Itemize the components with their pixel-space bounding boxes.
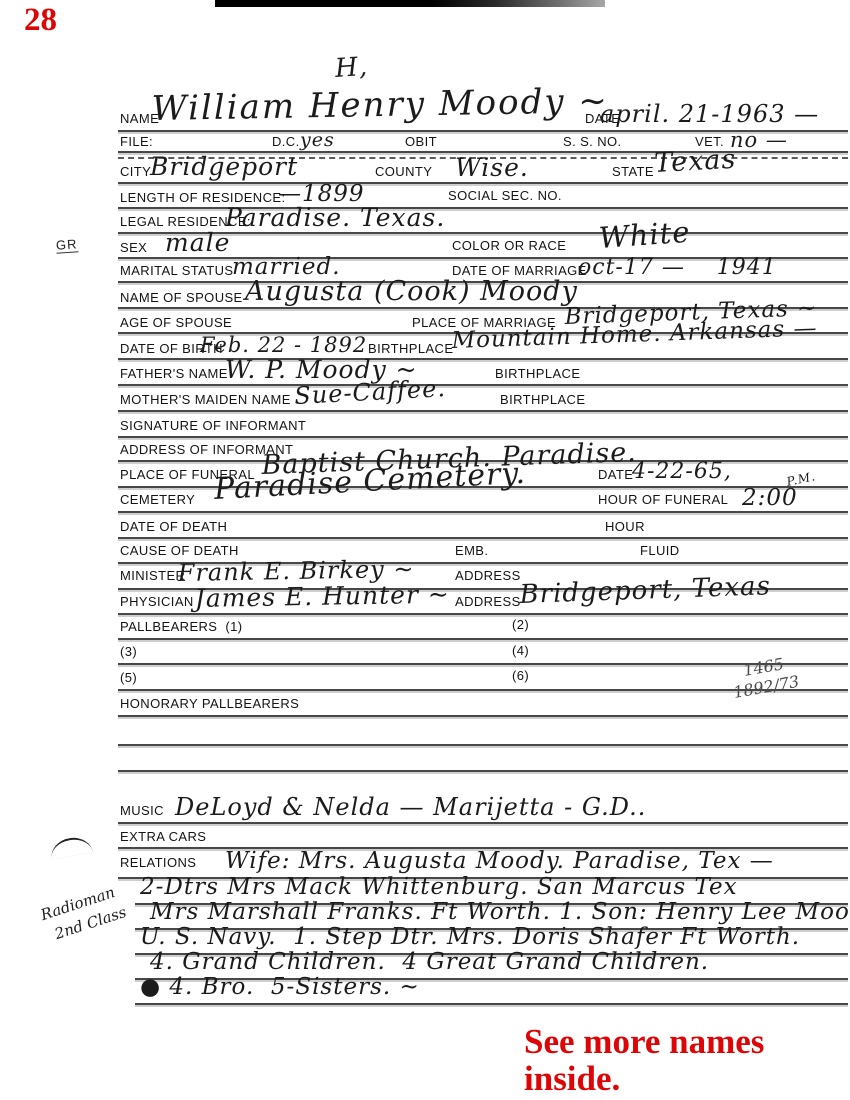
margin-note-gr: GR <box>55 236 78 253</box>
rule-line <box>118 537 848 539</box>
field-label-dc: D.C. <box>272 134 300 149</box>
field-value-funeral-date: 4-22-65, <box>632 461 732 483</box>
field-value-physician-address: Bridgeport, Texas <box>519 573 771 608</box>
field-value-dc: yes <box>300 131 335 150</box>
field-value-music: DeLoyd & Nelda — Marijetta - G.D.. <box>175 795 646 819</box>
field-value-state: Texas <box>654 146 737 177</box>
margin-pen-mark <box>49 835 93 859</box>
rule-line <box>135 1003 848 1005</box>
see-more-note-line2: inside. <box>524 1061 620 1096</box>
field-label-cemetery: CEMETERY <box>120 492 195 507</box>
field-label-county: COUNTY <box>375 164 432 179</box>
field-label-father: FATHER'S NAME <box>120 366 228 381</box>
rule-line <box>118 384 848 386</box>
field-label-birthplace-c: BIRTHPLACE <box>500 392 585 407</box>
field-value-legal-res: Paradise. Texas. <box>225 205 445 230</box>
relations-line: ● 4. Bro. 5-Sisters. ~ <box>140 976 420 999</box>
field-label-hour-funeral: HOUR OF FUNERAL <box>598 492 728 507</box>
field-label-emb: EMB. <box>455 543 488 558</box>
field-label-file: FILE: <box>120 134 153 149</box>
field-label-hour: HOUR <box>605 519 645 534</box>
field-label-relations: RELATIONS <box>120 855 196 870</box>
field-label-obit: OBIT <box>405 134 437 149</box>
field-label-pallbearers-3: (3) <box>120 644 137 659</box>
rule-line <box>118 663 848 665</box>
field-value-sex: male <box>165 230 230 255</box>
field-label-mother: MOTHER'S MAIDEN NAME <box>120 392 291 407</box>
field-value-cemetery: Paradise Cemetery. <box>213 459 526 505</box>
rule-line <box>118 770 848 772</box>
field-label-spouse-age: AGE OF SPOUSE <box>120 315 232 330</box>
field-value-mother: Sue-Caffee. <box>294 376 447 408</box>
field-label-pallbearers-5: (5) <box>120 670 137 685</box>
field-label-social-sec: SOCIAL SEC. NO. <box>448 188 562 203</box>
field-label-music: MUSIC <box>120 803 164 818</box>
rule-line <box>118 822 848 824</box>
field-label-address-b: ADDRESS <box>455 594 521 609</box>
field-label-pallbearers-6: (6) <box>512 668 529 683</box>
field-value-city: Bridgeport <box>150 154 298 179</box>
field-label-sig-informant: SIGNATURE OF INFORMANT <box>120 418 306 433</box>
field-value-spouse-name: Augusta (Cook) Moody <box>245 278 578 305</box>
field-label-cause: CAUSE OF DEATH <box>120 543 239 558</box>
field-label-birthplace-b: BIRTHPLACE <box>495 366 580 381</box>
field-label-marital: MARITAL STATUS <box>120 263 233 278</box>
field-value-date: april. 21-1963 — <box>600 102 819 126</box>
rule-line <box>118 715 848 717</box>
rule-line <box>118 744 848 746</box>
field-label-physician: PHYSICIAN <box>120 594 194 609</box>
field-label-pallbearers-4: (4) <box>512 643 529 658</box>
relations-line: Mrs Marshall Franks. Ft Worth. 1. Son: H… <box>150 901 850 924</box>
rule-line <box>118 613 848 615</box>
field-label-color-race: COLOR OR RACE <box>452 238 566 253</box>
field-label-sex: SEX <box>120 240 147 255</box>
relations-line: Wife: Mrs. Augusta Moody. Paradise, Tex … <box>225 850 774 873</box>
handwritten-h-annotation: H, <box>334 54 369 82</box>
rule-line <box>118 182 848 184</box>
field-label-pallbearers-1: PALLBEARERS (1) <box>120 619 242 634</box>
field-value-hour-funeral: 2:00 <box>742 487 798 510</box>
rule-line <box>118 511 848 513</box>
field-value-vet: no — <box>730 130 788 151</box>
field-label-pallbearers-2: (2) <box>512 617 529 632</box>
field-value-physician: James E. Hunter ~ <box>195 582 450 611</box>
field-label-honorary: HONORARY PALLBEARERS <box>120 696 299 711</box>
field-label-extra-cars: EXTRA CARS <box>120 829 206 844</box>
see-more-note-line1: See more names <box>524 1024 764 1059</box>
scanned-funeral-record: 28 H, NAME William Henry Moody ~ DATE ap… <box>0 0 850 1100</box>
field-label-spouse-name: NAME OF SPOUSE <box>120 290 243 305</box>
field-label-date-death: DATE OF DEATH <box>120 519 227 534</box>
field-label-city: CITY <box>120 164 151 179</box>
field-label-address-a: ADDRESS <box>455 568 521 583</box>
field-label-birthplace-a: BIRTHPLACE <box>368 341 453 356</box>
field-value-name: William Henry Moody ~ <box>151 84 609 126</box>
field-label-state: STATE <box>612 164 654 179</box>
rule-line <box>118 638 848 640</box>
field-value-color-race: White <box>598 218 691 253</box>
page-number: 28 <box>24 2 57 39</box>
scan-artifact-top-bar <box>215 0 605 7</box>
rule-line <box>118 410 848 412</box>
field-label-fluid: FLUID <box>640 543 680 558</box>
field-label-ssno: S. S. NO. <box>563 134 622 149</box>
relations-line: U. S. Navy. 1. Step Dtr. Mrs. Doris Shaf… <box>140 926 800 949</box>
rule-line <box>118 436 848 438</box>
relations-line: 2-Dtrs Mrs Mack Whittenburg. San Marcus … <box>140 876 738 899</box>
pencil-calc-bottom: 1892/73 <box>732 674 800 701</box>
relations-line: 4. Grand Children. 4 Great Grand Childre… <box>150 951 709 974</box>
field-value-county: Wise. <box>455 155 529 180</box>
field-label-minister: MINISTER <box>120 568 185 583</box>
field-label-funeral-date: DATE <box>598 467 633 482</box>
field-value-date-marriage: oct-17 — 1941 <box>578 257 777 279</box>
field-value-date-birth: Feb. 22 - 1892 <box>200 335 367 356</box>
